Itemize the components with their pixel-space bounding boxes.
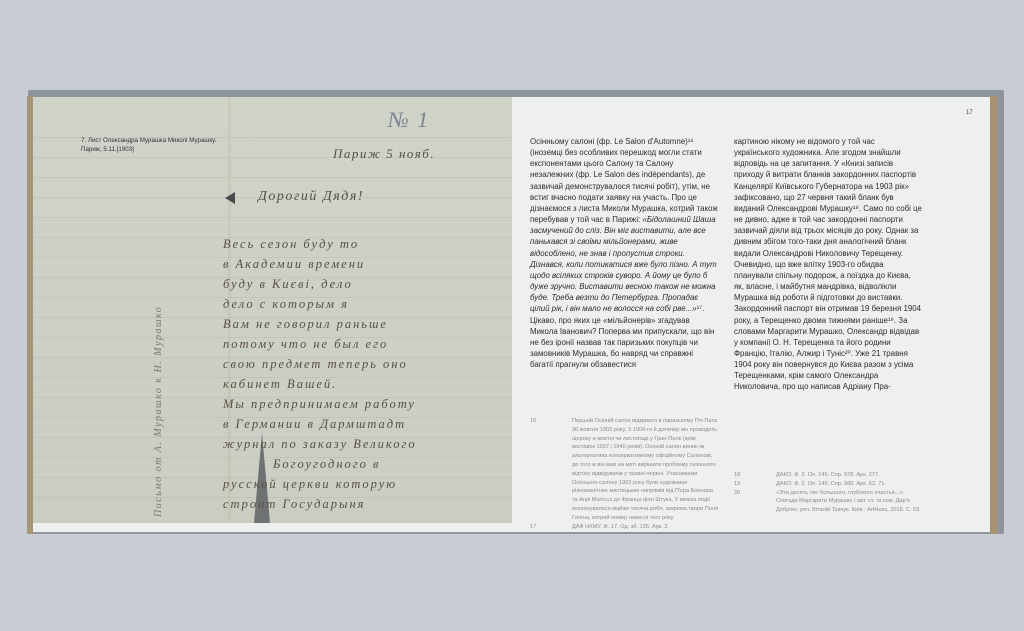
- letter-greeting: Дорогий Дядя!: [258, 189, 364, 205]
- footnote: 16 Перший Осінній салон відкрився в пари…: [530, 417, 720, 523]
- letter-line: Богоугодного в: [273, 457, 380, 472]
- footnotes-column-1: 16 Перший Осінній салон відкрився в пари…: [530, 417, 720, 531]
- letter-line: русской церкви которую: [223, 477, 397, 492]
- letter-line: кабинет Вашей.: [223, 377, 337, 392]
- letter-line: в Академии времени: [223, 257, 365, 272]
- body-paragraph: Осінньому салоні (фр. Le Salon d'Automne…: [530, 137, 718, 224]
- letter-line: дело с которым я: [223, 297, 349, 312]
- body-paragraph: картиною нікому не відомого у той час ук…: [734, 136, 922, 393]
- book-page-edge-right: [990, 96, 997, 534]
- letter-line: буду в Києві, дело: [223, 277, 353, 292]
- paper-notch: [225, 192, 235, 204]
- letter-line: строит Государыня: [223, 497, 365, 512]
- letter-line: в Германии в Дармштадт: [223, 417, 406, 432]
- letter-margin-note: Письмо от А. Мурашко к Н. Мурашко: [153, 306, 164, 517]
- letter-line: Вам не говорил раньше: [223, 317, 388, 332]
- letter-line: Весь сезон буду то: [223, 237, 359, 252]
- letter-line: Мы предпринимаем работу: [223, 397, 416, 412]
- footnote-number: 19: [734, 480, 776, 489]
- letter-photograph: 7. Лист Олександра Мурашка Миколі Мурашк…: [33, 97, 512, 523]
- footnote-text: ДАФ НХМУ. Ф. 17. Од. зб. 135. Арк. 2.: [572, 523, 720, 532]
- letter-line: потому что не был его: [223, 337, 388, 352]
- footnote-text: Перший Осінній салон відкрився в паризьк…: [572, 417, 720, 523]
- footnote-text: «Эти десять лет большого, глубокого счас…: [776, 489, 924, 515]
- figure-caption: 7. Лист Олександра Мурашка Миколі Мурашк…: [81, 136, 231, 154]
- footnote-number: 20: [734, 489, 776, 515]
- footnotes-column-2: 18 ДАКО. Ф. 2. Оп. 145. Спр. 978. Арк. 2…: [734, 471, 924, 515]
- footnote: 17 ДАФ НХМУ. Ф. 17. Од. зб. 135. Арк. 2.: [530, 523, 720, 532]
- book-spread: 7. Лист Олександра Мурашка Миколі Мурашк…: [33, 97, 990, 532]
- footnote: 19 ДАКО. Ф. 2. Оп. 145. Спр. 980. Арк. 6…: [734, 480, 924, 489]
- footnote: 18 ДАКО. Ф. 2. Оп. 145. Спр. 978. Арк. 2…: [734, 471, 924, 480]
- quote-paragraph: «Бідолашний Шаша засмучений до сліз. Він…: [530, 215, 717, 313]
- text-column-1: Осінньому салоні (фр. Le Salon d'Automne…: [530, 136, 718, 370]
- page-number: 17: [966, 110, 973, 116]
- footnote-number: 18: [734, 471, 776, 480]
- letter-date-line: Париж 5 нояб.: [333, 146, 435, 162]
- text-column-2: картиною нікому не відомого у той час ук…: [734, 136, 922, 393]
- footnote-text: ДАКО. Ф. 2. Оп. 145. Спр. 978. Арк. 277.: [776, 471, 924, 480]
- letter-line: свою предмет теперь оно: [223, 357, 408, 372]
- footnote: 20 «Эти десять лет большого, глубокого с…: [734, 489, 924, 515]
- footnote-text: ДАКО. Ф. 2. Оп. 145. Спр. 980. Арк. 62, …: [776, 480, 924, 489]
- body-paragraph: ¹⁷. Цікаво, про яких це «мільйонерів» зг…: [530, 304, 714, 369]
- letter-number-mark: № 1: [388, 107, 430, 133]
- footnote-number: 16: [530, 417, 572, 523]
- letter-line: журнал по заказу Великого: [223, 437, 417, 452]
- footnote-number: 17: [530, 523, 572, 532]
